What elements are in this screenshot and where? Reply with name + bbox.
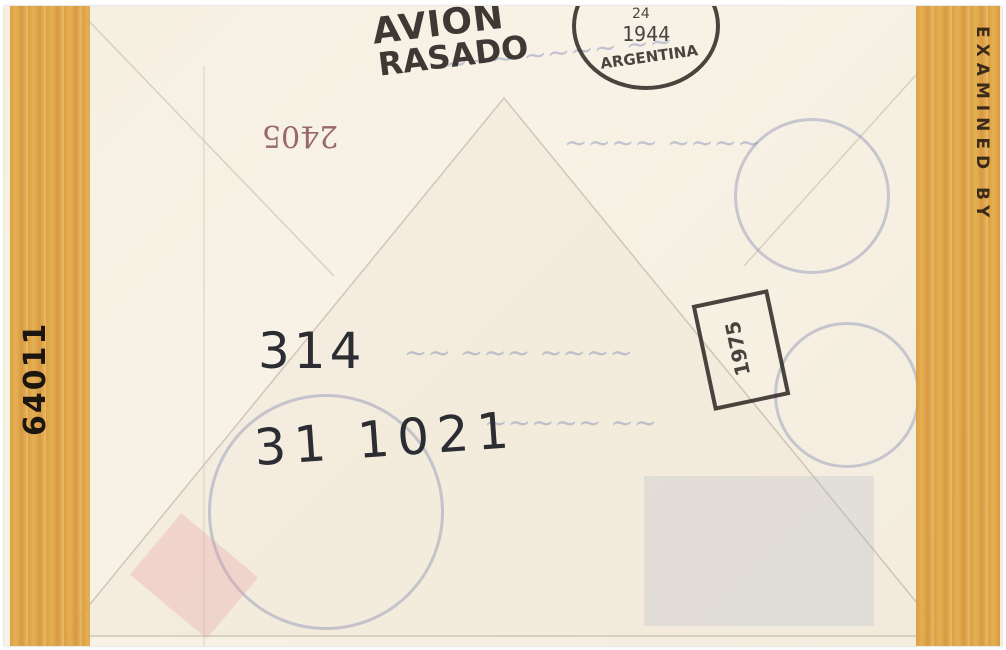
faint-postmark bbox=[774, 322, 920, 468]
postmark-date: 24 bbox=[632, 6, 650, 22]
ghost-stamp-offset bbox=[644, 476, 874, 626]
handwritten-number-1: 314 bbox=[258, 322, 365, 380]
red-number-stamp: 2405 bbox=[262, 118, 338, 153]
censor-number: 64011 bbox=[18, 322, 53, 436]
censor-tape-text: EXAMINED BY bbox=[972, 26, 992, 223]
postmark-year: 1944 bbox=[622, 22, 670, 46]
faint-address-script: ~~ ~~~ ~~~~ bbox=[404, 336, 633, 369]
envelope-back: ~~~ ~~~~ ~~ ~~~~ ~~~~ ~~ ~~~ ~~~~ ~~~~~ … bbox=[4, 6, 1002, 646]
boxed-number: 1975 bbox=[720, 319, 755, 378]
faint-address-script: ~~~~ ~~~~ bbox=[564, 126, 761, 159]
